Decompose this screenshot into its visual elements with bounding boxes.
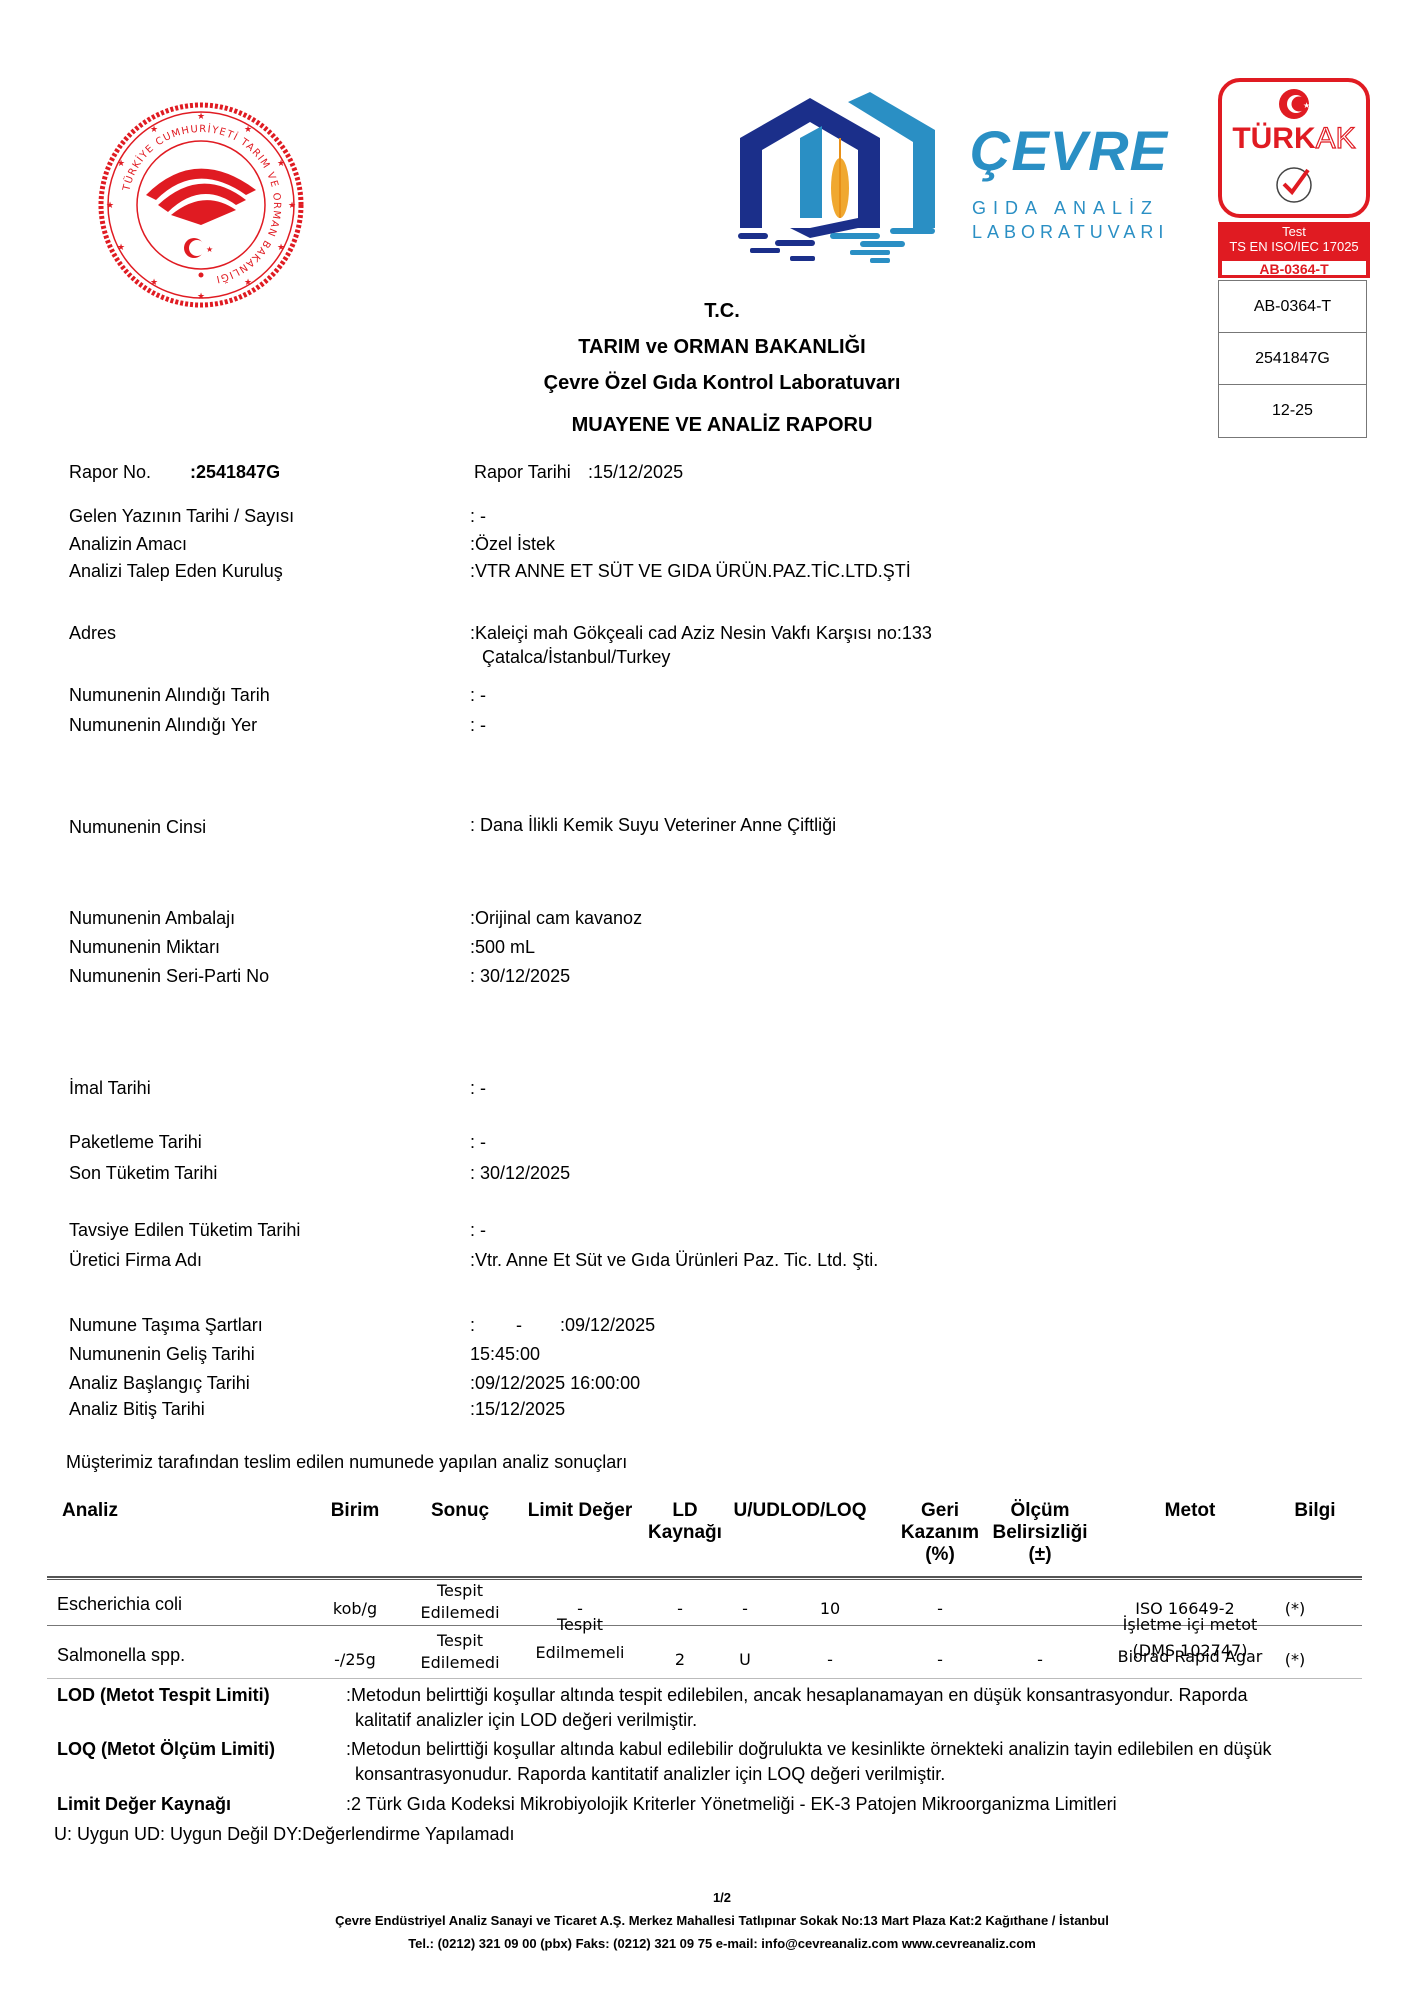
- field-label-gelen-yazi: Gelen Yazının Tarihi / Sayısı: [69, 506, 294, 528]
- ministry-seal-icon: ★ ★ ★ ★ ★ ★ ★ ★ ★ ★ ★ ★ TÜRKİYE CUMHURİY…: [96, 100, 306, 310]
- field-value-gelis: 15:45:00: [470, 1344, 540, 1366]
- col-header-geri-kazanim-l1: Geri: [890, 1500, 990, 1522]
- limit-kaynak-text: :2 Türk Gıda Kodeksi Mikrobiyolojik Krit…: [346, 1791, 1117, 1817]
- col-header-belirsizlik: Ölçüm Belirsizliği (±): [980, 1500, 1100, 1566]
- field-value-bitis: :15/12/2025: [470, 1399, 565, 1421]
- field-label-ambalaj: Numunenin Ambalajı: [69, 908, 235, 930]
- field-value-miktar: :500 mL: [470, 937, 535, 959]
- field-label-bitis: Analiz Bitiş Tarihi: [69, 1399, 205, 1421]
- svg-text:★: ★: [1303, 101, 1310, 110]
- field-value-tasima-a: :: [470, 1315, 475, 1337]
- cell-u-ud: -: [715, 1598, 775, 1620]
- cell-bilgi: (*): [1265, 1649, 1325, 1671]
- svg-text:★: ★: [197, 111, 205, 121]
- field-value-seri-parti: : 30/12/2025: [470, 966, 570, 988]
- accreditation-badge: Test TS EN ISO/IEC 17025 AB-0364-T: [1218, 222, 1370, 278]
- field-value-son-tuketim: : 30/12/2025: [470, 1163, 570, 1185]
- field-value-ambalaj: :Orijinal cam kavanoz: [470, 908, 642, 930]
- cell-sonuc-l1: Tespit: [410, 1630, 510, 1652]
- cell-analiz: Salmonella spp.: [57, 1645, 185, 1667]
- loq-text-line2: konsantrasyonudur. Raporda kantitatif an…: [355, 1761, 945, 1787]
- report-date-label: Rapor Tarihi: [474, 462, 571, 484]
- col-header-metot: Metot: [1130, 1500, 1250, 1522]
- field-value-baslangic: :09/12/2025 16:00:00: [470, 1373, 640, 1395]
- field-label-uretici: Üretici Firma Adı: [69, 1250, 202, 1272]
- cell-belirsizlik: -: [1000, 1649, 1080, 1671]
- cell-sonuc: Tespit Edilemedi: [410, 1630, 510, 1674]
- col-header-geri-kazanim-l3: (%): [890, 1544, 990, 1566]
- header-lab-name: Çevre Özel Gıda Kontrol Laboratuvarı: [0, 372, 1414, 395]
- table-bottom-rule: [47, 1678, 1362, 1679]
- cell-birim: kob/g: [310, 1598, 400, 1620]
- cell-birim: -/25g: [310, 1649, 400, 1671]
- field-label-son-tuketim: Son Tüketim Tarihi: [69, 1163, 217, 1185]
- cevre-brand-line1: GIDA ANALİZ: [972, 198, 1159, 219]
- cell-metot-l3: Biorad Rapid Agar: [1100, 1646, 1280, 1668]
- field-label-tavsiye: Tavsiye Edilen Tüketim Tarihi: [69, 1220, 300, 1242]
- field-value-talep-eden: :VTR ANNE ET SÜT VE GIDA ÜRÜN.PAZ.TİC.LT…: [470, 561, 911, 583]
- col-header-birim: Birim: [300, 1500, 410, 1522]
- field-value-alindigi-tarih: : -: [470, 685, 486, 707]
- svg-text:★: ★: [117, 242, 125, 252]
- col-header-sonuc: Sonuç: [410, 1500, 510, 1522]
- col-header-analiz: Analiz: [62, 1500, 118, 1522]
- footer-contact: Tel.: (0212) 321 09 00 (pbx) Faks: (0212…: [0, 1936, 1414, 1951]
- cevre-brand-name: ÇEVRE: [970, 118, 1168, 183]
- field-label-imal: İmal Tarihi: [69, 1078, 151, 1100]
- col-header-bilgi: Bilgi: [1270, 1500, 1360, 1522]
- cell-metot: İşletme içi metot (DMS 102747) Biorad Ra…: [1100, 1614, 1280, 1668]
- cell-lod-loq: 10: [790, 1598, 870, 1620]
- svg-text:★: ★: [117, 158, 125, 168]
- field-label-paketleme: Paketleme Tarihi: [69, 1132, 202, 1154]
- cell-sonuc-l2: Edilemedi: [410, 1602, 510, 1624]
- loq-label: LOQ (Metot Ölçüm Limiti): [57, 1736, 275, 1762]
- field-value-paketleme: : -: [470, 1132, 486, 1154]
- turkak-name-light: AK: [1316, 122, 1356, 155]
- lod-label: LOD (Metot Tespit Limiti): [57, 1682, 270, 1708]
- field-value-cinsi: : Dana İlikli Kemik Suyu Veteriner Anne …: [470, 815, 836, 837]
- header-ministry: TARIM ve ORMAN BAKANLIĞI: [0, 336, 1414, 359]
- cell-ld-kaynak: 2: [640, 1649, 720, 1671]
- limit-kaynak-label: Limit Değer Kaynağı: [57, 1791, 231, 1817]
- col-header-geri-kazanim: Geri Kazanım (%): [890, 1500, 990, 1566]
- col-header-ld-kaynak-l2: Kaynağı: [635, 1522, 735, 1544]
- svg-text:★: ★: [150, 124, 158, 134]
- field-value-tasima-b: -: [516, 1315, 522, 1337]
- loq-text-line1: :Metodun belirttiği koşullar altında kab…: [346, 1736, 1272, 1762]
- col-header-belirsizlik-l1: Ölçüm: [980, 1500, 1100, 1522]
- svg-text:★: ★: [277, 158, 285, 168]
- col-header-u-ud-lod-loq: U/UDLOD/LOQ: [720, 1500, 880, 1522]
- turkak-name-bold: TÜRK: [1232, 122, 1315, 155]
- svg-text:★: ★: [206, 245, 213, 254]
- field-label-talep-eden: Analizi Talep Eden Kuruluş: [69, 561, 283, 583]
- field-value-tavsiye: : -: [470, 1220, 486, 1242]
- table-header-rule: [47, 1576, 1362, 1580]
- field-value-gelen-yazi: : -: [470, 506, 486, 528]
- results-intro: Müşterimiz tarafından teslim edilen numu…: [66, 1452, 627, 1474]
- cert-code: AB-0364-T: [1221, 260, 1367, 276]
- cell-limit-l2: Edilmemeli: [520, 1642, 640, 1664]
- field-value-tasima-c: :09/12/2025: [560, 1315, 655, 1337]
- report-no-value: :2541847G: [190, 462, 280, 484]
- field-label-alindigi-tarih: Numunenin Alındığı Tarih: [69, 685, 270, 707]
- evaluation-legend: U: Uygun UD: Uygun Değil DY:Değerlendirm…: [54, 1821, 515, 1847]
- field-value-adres-line1: :Kaleiçi mah Gökçeali cad Aziz Nesin Vak…: [470, 623, 932, 645]
- footer-address: Çevre Endüstriyel Analiz Sanayi ve Ticar…: [0, 1913, 1414, 1928]
- page-title: MUAYENE VE ANALİZ RAPORU: [0, 414, 1414, 437]
- field-value-amac: :Özel İstek: [470, 534, 555, 556]
- svg-text:★: ★: [277, 242, 285, 252]
- report-date-value: :15/12/2025: [588, 462, 683, 484]
- cell-geri-kazanim: -: [900, 1649, 980, 1671]
- col-header-limit: Limit Değer: [515, 1500, 645, 1522]
- col-header-belirsizlik-l3: (±): [980, 1544, 1100, 1566]
- svg-text:★: ★: [244, 277, 252, 287]
- svg-text:★: ★: [150, 277, 158, 287]
- cell-geri-kazanim: -: [900, 1598, 980, 1620]
- lod-text-line1: :Metodun belirttiği koşullar altında tes…: [346, 1682, 1248, 1708]
- field-label-seri-parti: Numunenin Seri-Parti No: [69, 966, 269, 988]
- header-tc: T.C.: [0, 300, 1414, 323]
- col-header-belirsizlik-l2: Belirsizliği: [980, 1522, 1100, 1544]
- field-label-alindigi-yer: Numunenin Alındığı Yer: [69, 715, 257, 737]
- field-label-cinsi: Numunenin Cinsi: [69, 817, 206, 839]
- cell-sonuc-l2: Edilemedi: [410, 1652, 510, 1674]
- lod-text-line2: kalitatif analizler için LOD değeri veri…: [355, 1707, 697, 1733]
- cert-line-test: Test: [1218, 222, 1370, 239]
- cell-limit: Tespit Edilmemeli: [520, 1614, 640, 1664]
- cell-sonuc-l1: Tespit: [410, 1580, 510, 1602]
- cert-line-standard: TS EN ISO/IEC 17025: [1218, 239, 1370, 254]
- field-label-gelis: Numunenin Geliş Tarihi: [69, 1344, 255, 1366]
- field-value-uretici: :Vtr. Anne Et Süt ve Gıda Ürünleri Paz. …: [470, 1250, 878, 1272]
- svg-text:★: ★: [106, 200, 114, 210]
- svg-text:★: ★: [288, 200, 296, 210]
- cevre-lab-logo-icon: ÇEVRE GIDA ANALİZ LABORATUVARI: [730, 78, 1160, 273]
- report-no-label: Rapor No.: [69, 462, 151, 484]
- cell-analiz: Escherichia coli: [57, 1594, 182, 1616]
- field-label-miktar: Numunenin Miktarı: [69, 937, 220, 959]
- cell-sonuc: Tespit Edilemedi: [410, 1580, 510, 1624]
- field-value-adres-line2: Çatalca/İstanbul/Turkey: [482, 647, 670, 669]
- turkak-logo-icon: ★ TÜRKAK: [1218, 78, 1370, 218]
- cell-ld-kaynak: -: [640, 1598, 720, 1620]
- field-label-amac: Analizin Amacı: [69, 534, 187, 556]
- page-number: 1/2: [0, 1890, 1414, 1905]
- cell-u-ud: U: [715, 1649, 775, 1671]
- cell-lod-loq: -: [790, 1649, 870, 1671]
- field-value-imal: : -: [470, 1078, 486, 1100]
- svg-text:★: ★: [244, 124, 252, 134]
- field-label-baslangic: Analiz Başlangıç Tarihi: [69, 1373, 250, 1395]
- cevre-brand-line2: LABORATUVARI: [972, 222, 1168, 243]
- cell-limit-l1: Tespit: [520, 1614, 640, 1636]
- col-header-geri-kazanim-l2: Kazanım: [890, 1522, 990, 1544]
- field-label-tasima: Numune Taşıma Şartları: [69, 1315, 263, 1337]
- field-label-adres: Adres: [69, 623, 116, 645]
- field-value-alindigi-yer: : -: [470, 715, 486, 737]
- cell-metot-l1: İşletme içi metot: [1100, 1614, 1280, 1636]
